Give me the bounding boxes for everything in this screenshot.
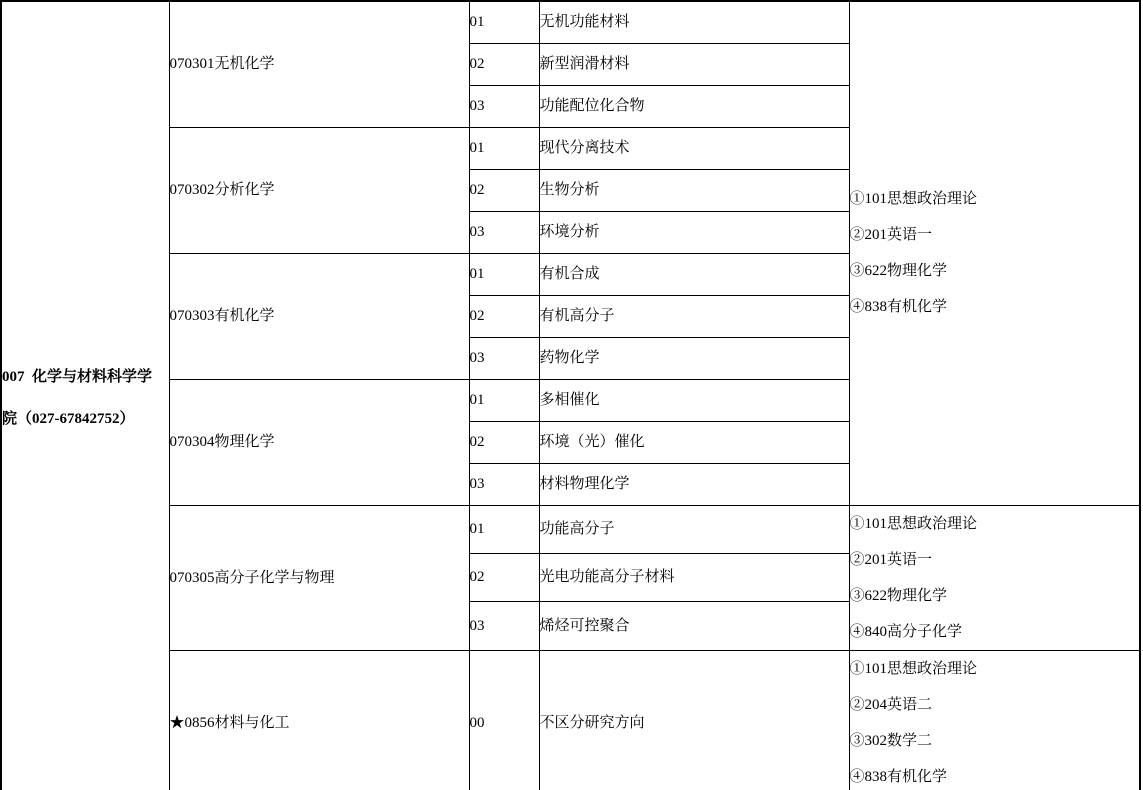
direction-name-cell: 现代分离技术 bbox=[539, 127, 849, 169]
exam-subject: ③622物理化学 bbox=[850, 253, 1140, 289]
table-row: ★0856材料与化工 00 不区分研究方向 ①101思想政治理论 ②204英语二… bbox=[1, 650, 1140, 790]
direction-code-cell: 03 bbox=[469, 211, 539, 253]
major-cell: 070304物理化学 bbox=[169, 379, 469, 505]
direction-name-cell: 材料物理化学 bbox=[539, 463, 849, 505]
major-cell: 070302分析化学 bbox=[169, 127, 469, 253]
direction-code-cell: 01 bbox=[469, 1, 539, 43]
direction-name-cell: 无机功能材料 bbox=[539, 1, 849, 43]
exam-subject: ②204英语二 bbox=[850, 687, 1140, 723]
direction-code-cell: 01 bbox=[469, 127, 539, 169]
direction-name-cell: 功能配位化合物 bbox=[539, 85, 849, 127]
direction-code-cell: 03 bbox=[469, 85, 539, 127]
exam-subject: ①101思想政治理论 bbox=[850, 506, 1140, 542]
admissions-table: 007 化学与材料科学学 院（027-67842752） 070301无机化学 … bbox=[0, 0, 1141, 790]
direction-name-cell: 生物分析 bbox=[539, 169, 849, 211]
direction-code-cell: 01 bbox=[469, 379, 539, 421]
direction-name-cell: 有机合成 bbox=[539, 253, 849, 295]
direction-code-cell: 02 bbox=[469, 421, 539, 463]
admissions-catalog-page: 007 化学与材料科学学 院（027-67842752） 070301无机化学 … bbox=[0, 0, 1143, 790]
direction-name-cell: 环境（光）催化 bbox=[539, 421, 849, 463]
direction-name-cell: 药物化学 bbox=[539, 337, 849, 379]
direction-code-cell: 02 bbox=[469, 553, 539, 601]
direction-code-cell: 03 bbox=[469, 463, 539, 505]
exam-subject: ①101思想政治理论 bbox=[850, 181, 1140, 217]
direction-name-cell: 环境分析 bbox=[539, 211, 849, 253]
department-name-line: 007 化学与材料科学学 bbox=[2, 356, 169, 398]
direction-code-cell: 03 bbox=[469, 337, 539, 379]
direction-code-cell: 02 bbox=[469, 169, 539, 211]
exam-subject: ④838有机化学 bbox=[850, 759, 1140, 790]
direction-code-cell: 01 bbox=[469, 505, 539, 553]
table-row: 070305高分子化学与物理 01 功能高分子 ①101思想政治理论 ②201英… bbox=[1, 505, 1140, 553]
exam-subjects-cell: ①101思想政治理论 ②201英语一 ③622物理化学 ④840高分子化学 bbox=[849, 505, 1140, 650]
direction-name-cell: 新型润滑材料 bbox=[539, 43, 849, 85]
major-cell: ★0856材料与化工 bbox=[169, 650, 469, 790]
direction-code-cell: 02 bbox=[469, 43, 539, 85]
direction-name-cell: 光电功能高分子材料 bbox=[539, 553, 849, 601]
direction-name-cell: 有机高分子 bbox=[539, 295, 849, 337]
exam-subjects-cell: ①101思想政治理论 ②204英语二 ③302数学二 ④838有机化学 bbox=[849, 650, 1140, 790]
direction-code-cell: 03 bbox=[469, 602, 539, 650]
major-cell: 070301无机化学 bbox=[169, 1, 469, 127]
exam-subjects-cell: ①101思想政治理论 ②201英语一 ③622物理化学 ④838有机化学 bbox=[849, 1, 1140, 505]
direction-code-cell: 02 bbox=[469, 295, 539, 337]
major-cell: 070305高分子化学与物理 bbox=[169, 505, 469, 650]
department-phone-line: 院（027-67842752） bbox=[2, 398, 169, 440]
major-cell: 070303有机化学 bbox=[169, 253, 469, 379]
direction-code-cell: 00 bbox=[469, 650, 539, 790]
direction-name-cell: 功能高分子 bbox=[539, 505, 849, 553]
exam-subject: ④840高分子化学 bbox=[850, 614, 1140, 650]
exam-subject: ①101思想政治理论 bbox=[850, 651, 1140, 687]
direction-name-cell: 多相催化 bbox=[539, 379, 849, 421]
exam-subject: ③622物理化学 bbox=[850, 578, 1140, 614]
department-cell: 007 化学与材料科学学 院（027-67842752） bbox=[1, 1, 169, 790]
exam-subject: ②201英语一 bbox=[850, 542, 1140, 578]
direction-code-cell: 01 bbox=[469, 253, 539, 295]
direction-name-cell: 不区分研究方向 bbox=[539, 650, 849, 790]
exam-subject: ④838有机化学 bbox=[850, 289, 1140, 325]
exam-subject: ③302数学二 bbox=[850, 723, 1140, 759]
direction-name-cell: 烯烃可控聚合 bbox=[539, 602, 849, 650]
table-row: 007 化学与材料科学学 院（027-67842752） 070301无机化学 … bbox=[1, 1, 1140, 43]
exam-subject: ②201英语一 bbox=[850, 217, 1140, 253]
